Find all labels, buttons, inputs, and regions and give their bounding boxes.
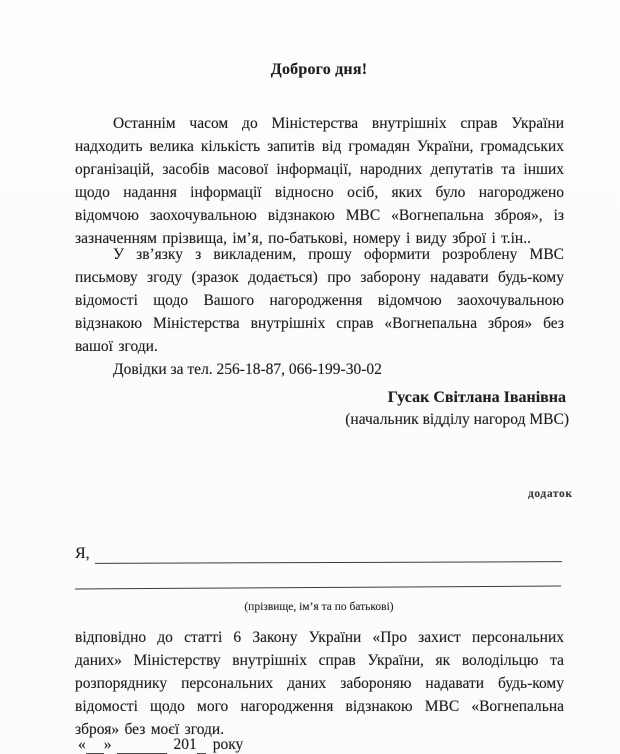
scanned-letter-page: Доброго дня! Останнім часом до Міністерс… — [0, 0, 620, 754]
date-year-prefix: 201 — [174, 736, 197, 754]
signature-title: (начальник відділу нагород МВС) — [75, 411, 569, 429]
date-day-blank — [86, 737, 104, 754]
paragraph-request: У зв’язку з викладеним, прошу оформити р… — [75, 243, 564, 358]
date-line: « » 201 року — [78, 740, 243, 754]
form-intro-label: Я, — [75, 545, 90, 563]
paragraph-statement: відповідно до статті 6 Закону України «П… — [75, 626, 564, 741]
date-close-quote: » — [104, 736, 112, 754]
date-year-blank — [197, 737, 206, 754]
greeting-heading: Доброго дня! — [75, 61, 563, 79]
name-entry-line: Я, — [75, 545, 562, 563]
date-year-suffix: року — [213, 736, 244, 754]
fill-in-blank-line-2 — [75, 570, 561, 590]
signature-name: Гусак Світлана Іванівна — [75, 389, 566, 407]
name-caption: (прізвище, ім’я та по батькові) — [75, 601, 563, 613]
attachment-label: додаток — [528, 488, 573, 500]
contact-phones: Довідки за тел. 256-18-87, 066-199-30-02 — [113, 361, 382, 379]
date-month-blank — [117, 737, 167, 754]
paragraph-intro: Останнім часом до Міністерства внутрішні… — [75, 112, 564, 250]
fill-in-blank-line-1 — [95, 544, 562, 564]
date-open-quote: « — [78, 736, 86, 754]
